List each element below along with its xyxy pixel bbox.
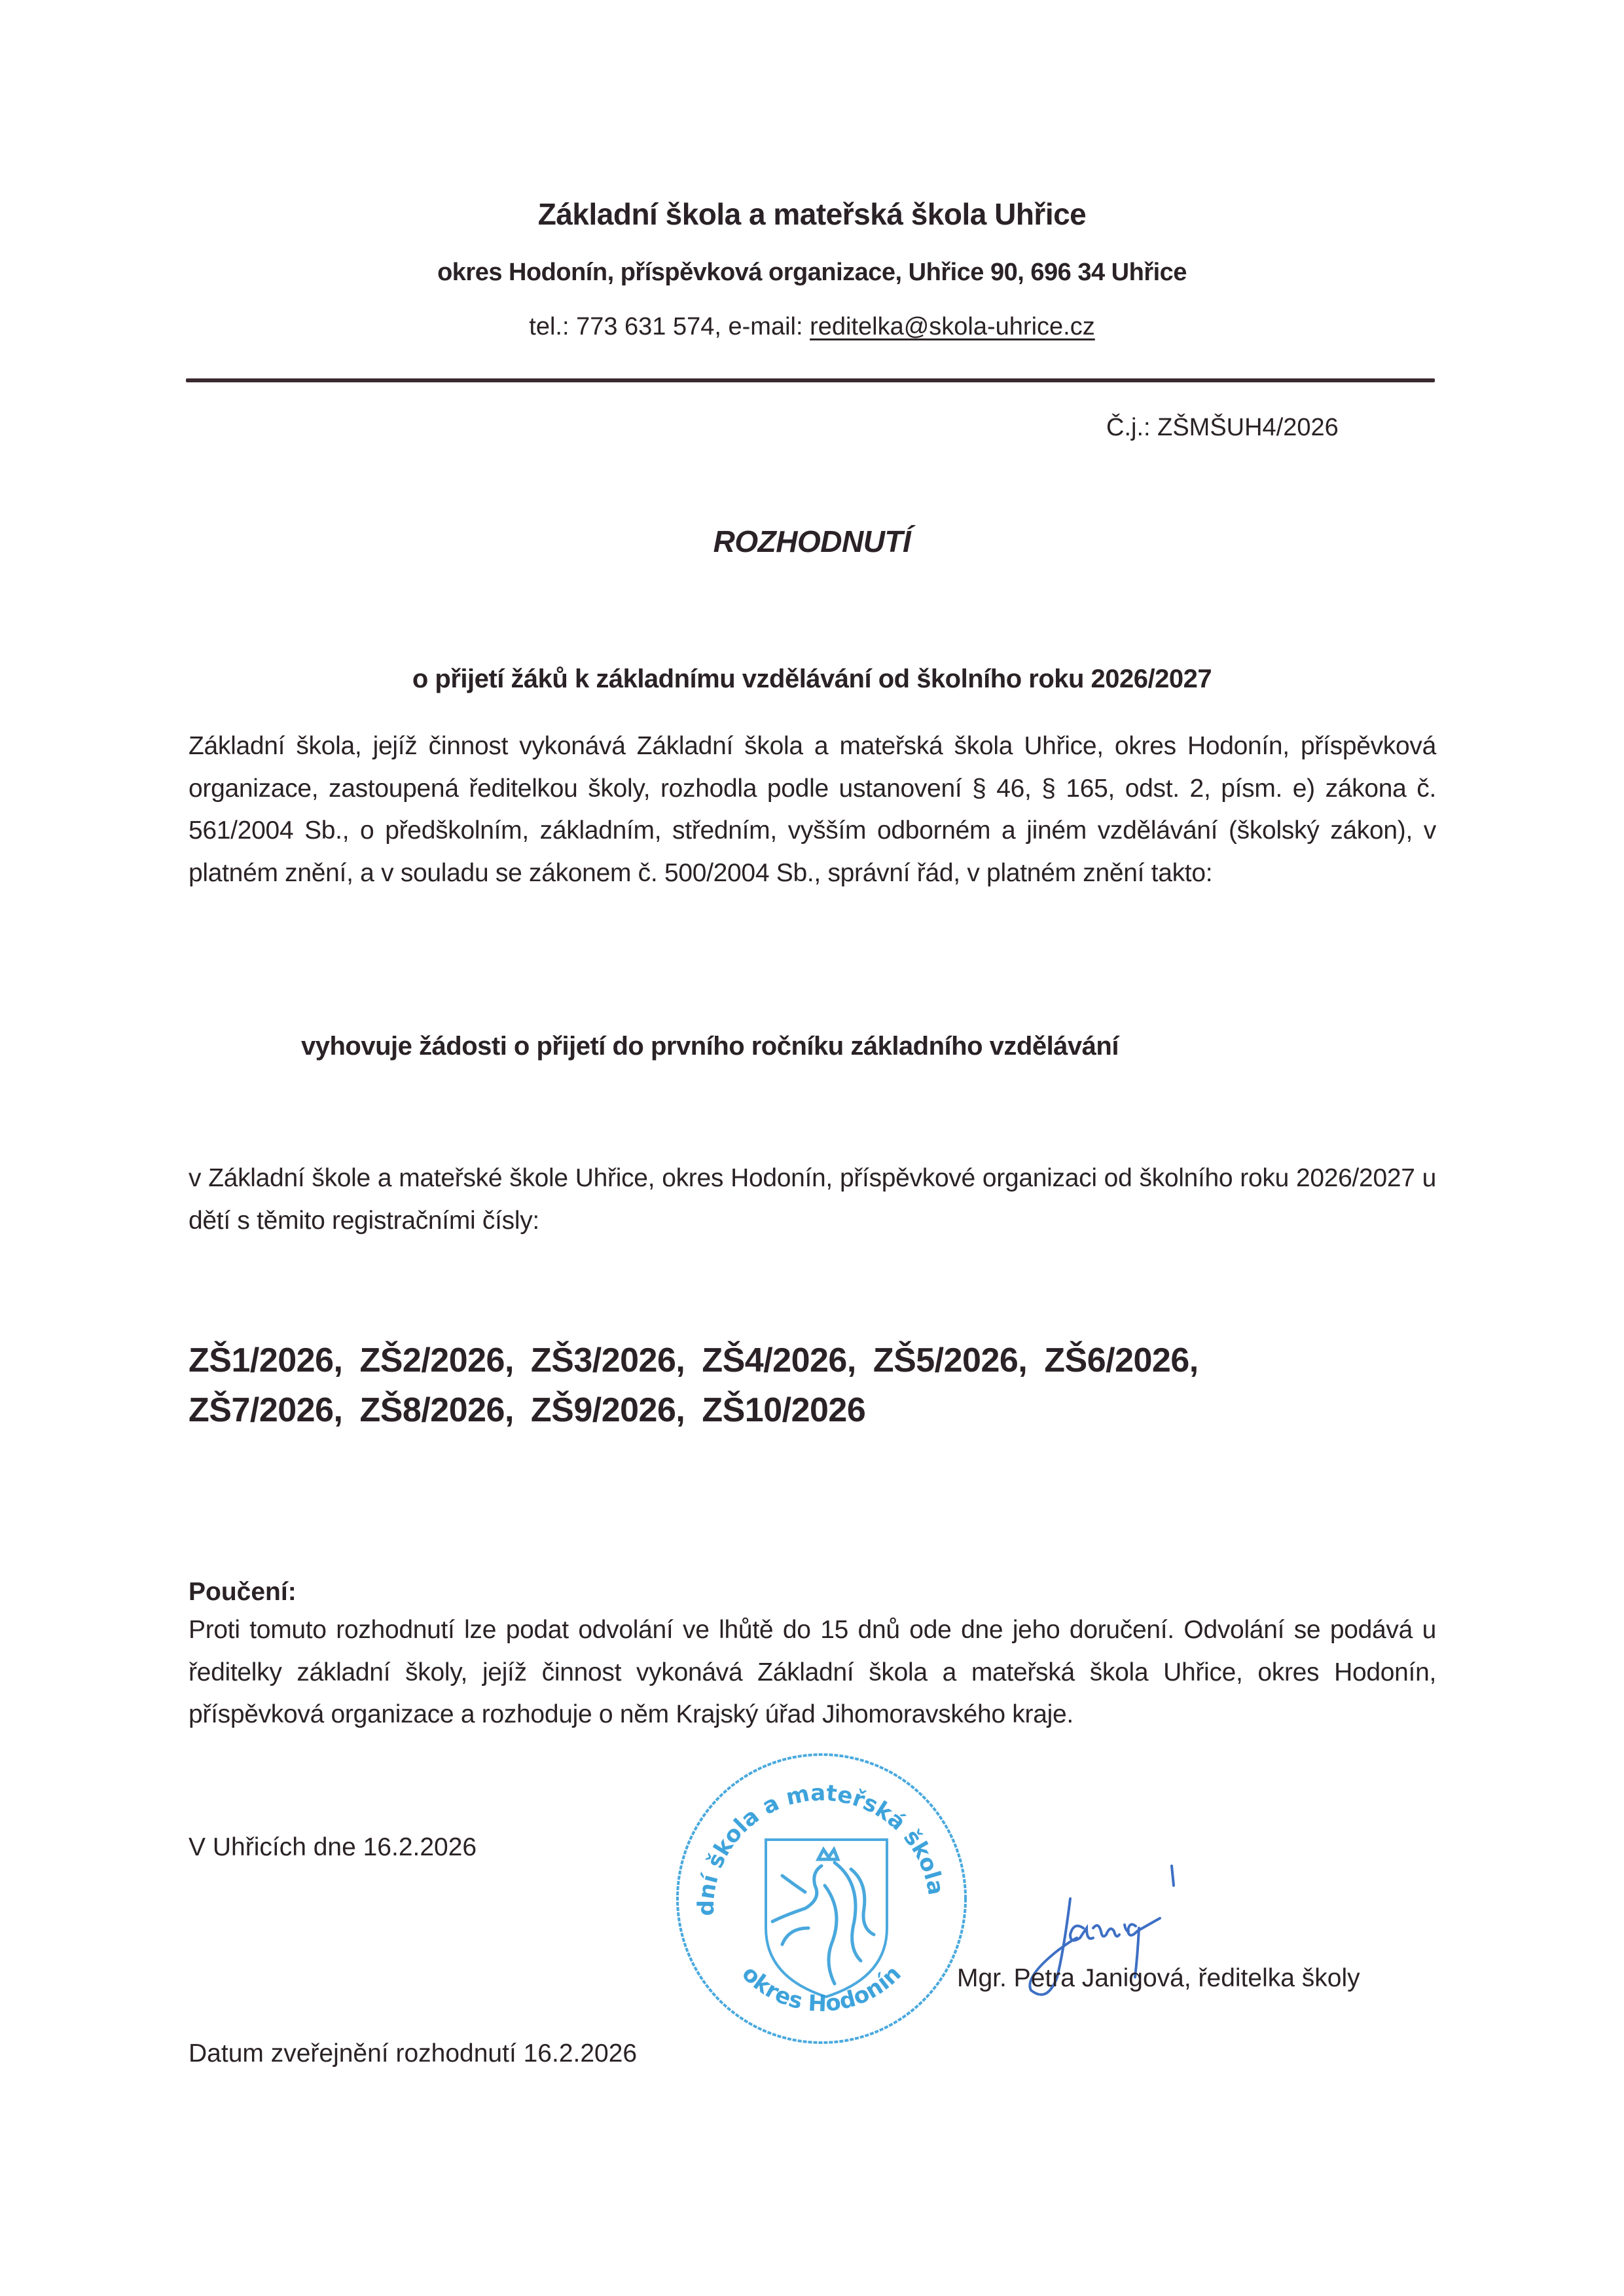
registration-number: ZŠ5/2026, bbox=[873, 1336, 1027, 1385]
reference-number: Č.j.: ZŠMŠUH4/2026 bbox=[1106, 414, 1339, 442]
registration-number: ZŠ9/2026, bbox=[531, 1385, 685, 1435]
svg-text:Základní škola a mateřská škol: Základní škola a mateřská škola Uhřice bbox=[668, 1745, 950, 1916]
instruction-text: Proti tomuto rozhodnutí lze podat odvolá… bbox=[189, 1609, 1436, 1736]
registration-number: ZŠ10/2026 bbox=[702, 1385, 865, 1435]
registration-number: ZŠ1/2026, bbox=[189, 1336, 342, 1385]
signatory-name: Mgr. Petra Janigová, ředitelka školy bbox=[957, 1964, 1360, 1993]
stamp-icon: Základní škola a mateřská škola Uhřice o… bbox=[668, 1745, 975, 2052]
svg-text:okres Hodonín: okres Hodonín bbox=[736, 1961, 906, 2017]
document-subtitle: o přijetí žáků k základnímu vzdělávání o… bbox=[0, 665, 1624, 694]
registration-number: ZŠ3/2026, bbox=[531, 1336, 685, 1385]
registration-number: ZŠ6/2026, bbox=[1044, 1336, 1198, 1385]
place-date: V Uhřicích dne 16.2.2026 bbox=[189, 1833, 477, 1862]
instruction-label: Poučení: bbox=[189, 1578, 297, 1607]
email-link[interactable]: reditelka@skola-uhrice.cz bbox=[810, 313, 1095, 340]
document-title: ROZHODNUTÍ bbox=[0, 524, 1624, 559]
registration-numbers: ZŠ1/2026,ZŠ2/2026,ZŠ3/2026,ZŠ4/2026,ZŠ5/… bbox=[189, 1336, 1367, 1435]
decision-statement: vyhovuje žádosti o přijetí do prvního ro… bbox=[301, 1032, 1119, 1061]
school-stamp: Základní škola a mateřská škola Uhřice o… bbox=[668, 1745, 975, 2052]
registration-number: ZŠ8/2026, bbox=[359, 1385, 513, 1435]
intro-paragraph: Základní škola, jejíž činnost vykonává Z… bbox=[189, 725, 1436, 894]
registration-number: ZŠ7/2026, bbox=[189, 1385, 342, 1435]
school-name: Základní škola a mateřská škola Uhřice bbox=[0, 196, 1624, 232]
registration-number: ZŠ2/2026, bbox=[359, 1336, 513, 1385]
scope-paragraph: v Základní škole a mateřské škole Uhřice… bbox=[189, 1157, 1436, 1242]
registration-number: ZŠ4/2026, bbox=[702, 1336, 856, 1385]
header-divider bbox=[186, 378, 1435, 382]
contact-phone: tel.: 773 631 574, e-mail: bbox=[529, 313, 810, 340]
school-contact: tel.: 773 631 574, e-mail: reditelka@sko… bbox=[0, 313, 1624, 341]
school-address: okres Hodonín, příspěvková organizace, U… bbox=[0, 259, 1624, 287]
publication-date: Datum zveřejnění rozhodnutí 16.2.2026 bbox=[189, 2039, 637, 2068]
